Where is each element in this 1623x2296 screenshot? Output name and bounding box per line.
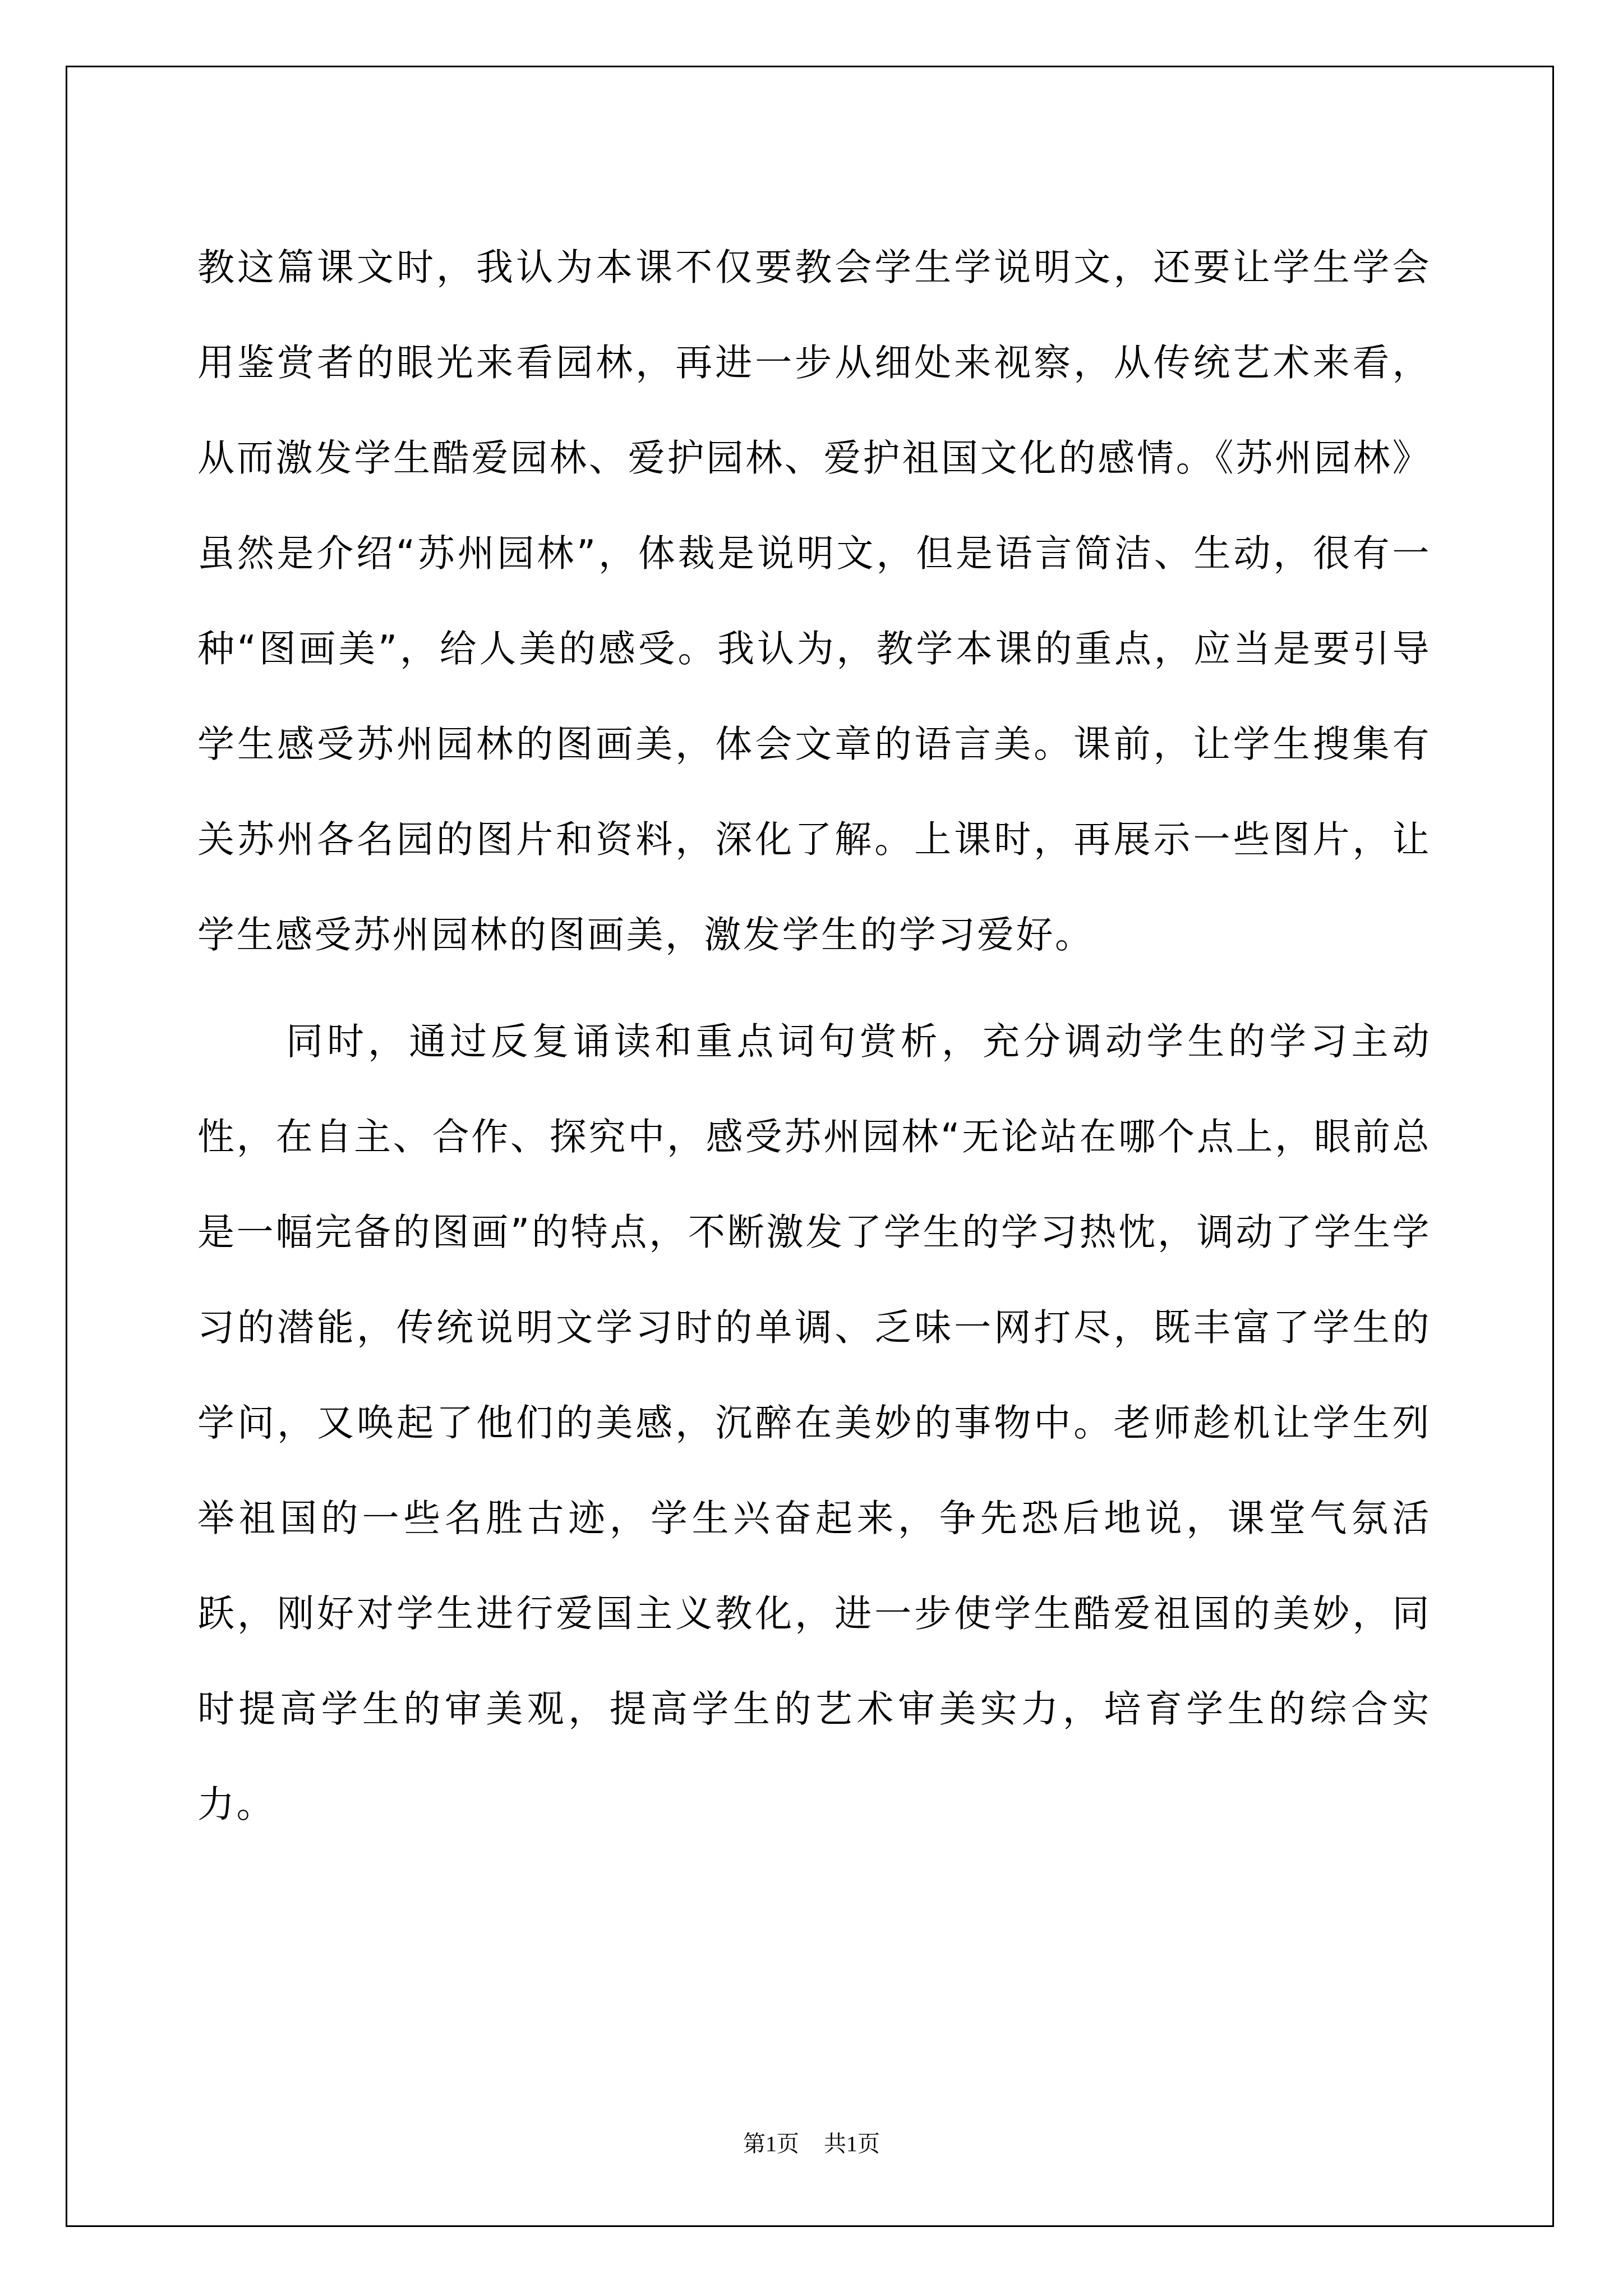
current-page-label: 第1页 (743, 2131, 799, 2156)
paragraph-2: 同时，通过反复诵读和重点词句赏析，充分调动学生的学习主动性，在自主、合作、探究中… (197, 994, 1431, 1852)
total-pages-label: 共1页 (824, 2131, 880, 2156)
paragraph-1: 教这篇课文时，我认为本课不仅要教会学生学说明文，还要让学生学会用鉴赏者的眼光来看… (197, 220, 1431, 983)
document-body: 教这篇课文时，我认为本课不仅要教会学生学说明文，还要让学生学会用鉴赏者的眼光来看… (197, 220, 1431, 1852)
page-footer: 第1页共1页 (0, 2128, 1623, 2160)
